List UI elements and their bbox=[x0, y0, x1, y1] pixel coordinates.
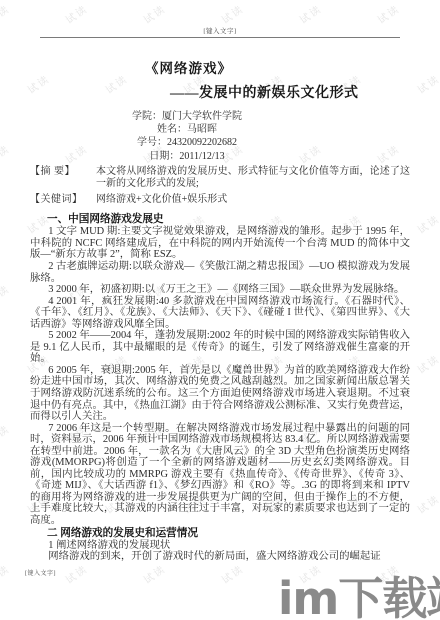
trial-watermark: 试读 bbox=[0, 140, 12, 166]
meta-author-name: 姓名：马昭晖 bbox=[30, 123, 344, 136]
footer-placeholder: [键入文字] bbox=[25, 568, 56, 577]
section2-paragraph: 网络游戏的到来，开创了游戏时代的新局面，盛大网络游戏公司的崛起证 bbox=[30, 551, 410, 563]
brand-watermark: im下载站 bbox=[278, 576, 440, 620]
header-rule bbox=[40, 37, 400, 38]
section1-paragraph-2: 2 古老旗牌运动期:以联众游戏—《笑傲江湖之精忠报国》—UO 模拟游戏为发展脉络… bbox=[30, 261, 410, 284]
trial-watermark: 试读 bbox=[296, 0, 324, 26]
trial-watermark: 试读 bbox=[0, 280, 12, 306]
trial-watermark: 试读 bbox=[218, 560, 246, 586]
section2-heading: 二 网络游戏的发展史和运营情况 bbox=[30, 528, 410, 540]
section1-heading: 一、中国网络游戏发展史 bbox=[30, 214, 410, 226]
trial-watermark: 试读 bbox=[62, 560, 90, 586]
keywords-text: 网络游戏+文化价值+娱乐形式 bbox=[96, 194, 410, 207]
trial-watermark: 试读 bbox=[0, 0, 12, 26]
section1-paragraph-4: 4 2001 年，疯狂发展期:40 多款游戏在中国网络游戏市场流行。《石器时代》… bbox=[30, 296, 410, 331]
abstract-text: 本文将从网络游戏的发展历史、形式特征与文化价值等方面，论述了这一新的文化形式的发… bbox=[96, 166, 410, 191]
section1-paragraph-3: 3 2000 年，初盛初期:以《万王之王》—《网络三国》—联众世界为发展脉络。 bbox=[30, 284, 410, 296]
trial-watermark: 试读 bbox=[414, 70, 440, 96]
trial-watermark: 试读 bbox=[414, 490, 440, 516]
keywords-row: 【关健词】 网络游戏+文化价值+娱乐形式 bbox=[30, 194, 410, 207]
meta-date: 日期：2011/12/13 bbox=[30, 150, 344, 163]
section1-paragraph-1: 1 文字 MUD 期:主要文字视觉效果游戏，是网络游戏的雏形。起步于 1995 … bbox=[30, 226, 410, 261]
author-meta-block: 学院：厦门大学软件学院 姓名：马昭晖 学号：24320092202682 日期：… bbox=[30, 110, 344, 163]
trial-watermark: 试读 bbox=[140, 560, 168, 586]
trial-watermark: 试读 bbox=[0, 560, 12, 586]
trial-watermark: 试读 bbox=[140, 0, 168, 26]
document-body: 一、中国网络游戏发展史 1 文字 MUD 期:主要文字视觉效果游戏，是网络游戏的… bbox=[30, 214, 410, 562]
document-page: 试读试读试读试读试读试读试读试读试读试读试读试读试读试读试读试读试读试读试读试读… bbox=[0, 0, 440, 620]
section1-paragraph-6: 6 2005 年，衰退期:2005 年，首先是以《魔兽世界》为首的欧美网络游戏大… bbox=[30, 365, 410, 423]
trial-watermark: 试读 bbox=[62, 0, 90, 26]
trial-watermark: 试读 bbox=[374, 0, 402, 26]
section1-paragraph-5: 5 2002 年——2004 年，蓬勃发展期:2002 年的时候中国的网络游戏实… bbox=[30, 330, 410, 365]
section2-subheading: 1 阐述网络游戏的发展现状 bbox=[30, 540, 410, 552]
keywords-label: 【关健词】 bbox=[30, 194, 96, 207]
header-placeholder: [键入文字] bbox=[30, 26, 410, 35]
abstract-label: 【摘 要】 bbox=[30, 166, 96, 191]
abstract-row: 【摘 要】 本文将从网络游戏的发展历史、形式特征与文化价值等方面，论述了这一新的… bbox=[30, 166, 410, 191]
document-title: 《网络游戏》 bbox=[145, 57, 410, 77]
trial-watermark: 试读 bbox=[0, 420, 12, 446]
trial-watermark: 试读 bbox=[218, 0, 246, 26]
document-subtitle: ——发展中的新娱乐文化形式 bbox=[170, 82, 410, 102]
trial-watermark: 试读 bbox=[414, 350, 440, 376]
meta-school: 学院：厦门大学软件学院 bbox=[30, 110, 344, 123]
trial-watermark: 试读 bbox=[414, 210, 440, 236]
page-content: [键入文字] 《网络游戏》 ——发展中的新娱乐文化形式 学院：厦门大学软件学院 … bbox=[30, 26, 410, 563]
meta-student-id: 学号：24320092202682 bbox=[30, 136, 344, 149]
section1-paragraph-7: 7 2006 年这是一个转型期。在解决网络游戏市场发展过程中暴露出的问题的同时，… bbox=[30, 423, 410, 527]
